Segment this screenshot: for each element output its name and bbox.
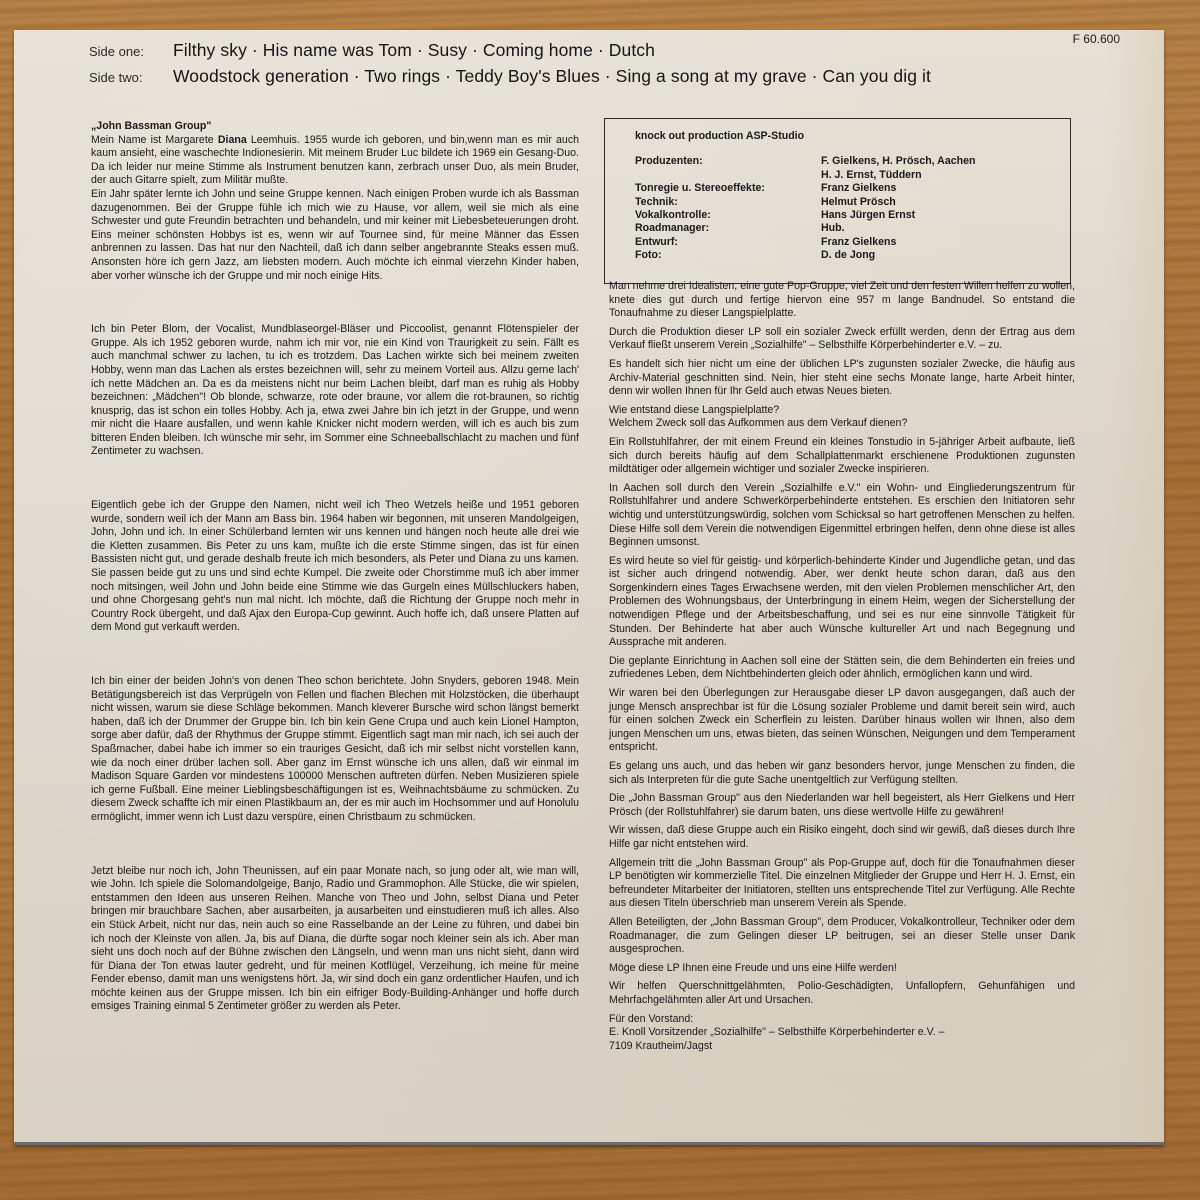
charity-paragraph: In Aachen soll durch den Verein „Sozialh…: [609, 482, 1075, 550]
credit-row: Foto:D. de Jong: [635, 249, 1070, 262]
credit-row: Produzenten:F. Gielkens, H. Prösch, Aach…: [635, 155, 1070, 168]
credits-list: Produzenten:F. Gielkens, H. Prösch, Aach…: [635, 155, 1070, 262]
charity-paragraph: Es handelt sich hier nicht um eine der ü…: [609, 358, 1075, 399]
charity-paragraphs: Man nehme drei Idealisten, eine gute Pop…: [609, 280, 1075, 1008]
charity-paragraph: Man nehme drei Idealisten, eine gute Pop…: [609, 280, 1075, 321]
credit-name: Franz Gielkens: [821, 182, 1070, 195]
tracklist-side-one: Side one: Filthy sky · His name was Tom …: [89, 40, 1144, 66]
charity-paragraph: Wie entstand diese Langspielplatte?: [609, 404, 1075, 418]
credit-role: [635, 169, 821, 182]
credit-row: Vokalkontrolle:Hans Jürgen Ernst: [635, 209, 1070, 222]
charity-paragraph: Durch die Produktion dieser LP soll ein …: [609, 326, 1075, 353]
charity-paragraph: Welchem Zweck soll das Aufkommen aus dem…: [609, 417, 1075, 431]
bio-bold-name: Diana: [218, 134, 247, 146]
band-title: „John Bassman Group": [91, 120, 579, 134]
spacer: [91, 635, 579, 675]
credit-role: Vokalkontrolle:: [635, 209, 821, 222]
credit-role: Technik:: [635, 196, 821, 209]
charity-paragraph: Die geplante Einrichtung in Aachen soll …: [609, 655, 1075, 682]
charity-paragraph: Es wird heute so viel für geistig- und k…: [609, 555, 1075, 650]
credit-role: Produzenten:: [635, 155, 821, 168]
charity-paragraph: Allen Beteiligten, der „John Bassman Gro…: [609, 916, 1075, 957]
bio-diana-continued: Ein Jahr später lernte ich John und sein…: [91, 188, 579, 283]
signature-line-1: Für den Vorstand:: [609, 1013, 1075, 1027]
credit-name: D. de Jong: [821, 249, 1070, 262]
bio-john-snyders: Ich bin einer der beiden John's von dene…: [91, 675, 579, 825]
charity-text-column: Man nehme drei Idealisten, eine gute Pop…: [609, 280, 1075, 1053]
track-list: Filthy sky · His name was Tom · Susy · C…: [173, 40, 655, 61]
spacer: [91, 825, 579, 865]
credit-role: Tonregie u. Stereoeffekte:: [635, 182, 821, 195]
record-sleeve-back: F 60.600 Side one: Filthy sky · His name…: [14, 30, 1164, 1145]
bio-john-theunissen: Jetzt bleibe nur noch ich, John Theuniss…: [91, 865, 579, 1015]
charity-paragraph: Wir helfen Querschnittgelähmten, Polio-G…: [609, 980, 1075, 1007]
credit-row: Technik:Helmut Prösch: [635, 196, 1070, 209]
bio-peter: Ich bin Peter Blom, der Vocalist, Mundbl…: [91, 323, 579, 459]
credit-role: Entwurf:: [635, 236, 821, 249]
credit-name: Hub.: [821, 222, 1070, 235]
charity-paragraph: Wir waren bei den Überlegungen zur Herau…: [609, 687, 1075, 755]
bio-text: Mein Name ist Margarete: [91, 134, 218, 146]
track-list: Woodstock generation · Two rings · Teddy…: [173, 66, 931, 87]
side-label: Side one:: [89, 44, 173, 59]
production-credits-box: knock out production ASP-Studio Produzen…: [604, 118, 1071, 284]
charity-paragraph: Es gelang uns auch, und das heben wir ga…: [609, 760, 1075, 787]
spacer: [91, 283, 579, 323]
side-label: Side two:: [89, 70, 173, 85]
charity-paragraph: Ein Rollstuhlfahrer, der mit einem Freun…: [609, 436, 1075, 477]
credit-name: H. J. Ernst, Tüddern: [821, 169, 1070, 182]
charity-paragraph: Möge diese LP Ihnen eine Freude und uns …: [609, 962, 1075, 976]
tracklist-side-two: Side two: Woodstock generation · Two rin…: [89, 66, 1144, 92]
signature-line-2: E. Knoll Vorsitzender „Sozialhilfe" – Se…: [609, 1026, 1075, 1040]
charity-paragraph: Allgemein tritt die „John Bassman Group"…: [609, 857, 1075, 911]
credit-role: Roadmanager:: [635, 222, 821, 235]
credit-row: Roadmanager:Hub.: [635, 222, 1070, 235]
credits-title: knock out production ASP-Studio: [635, 130, 1070, 143]
credit-name: Hans Jürgen Ernst: [821, 209, 1070, 222]
credit-name: F. Gielkens, H. Prösch, Aachen: [821, 155, 1070, 168]
signature-line-3: 7109 Krautheim/Jagst: [609, 1040, 1075, 1054]
credit-name: Helmut Prösch: [821, 196, 1070, 209]
tracklist: Side one: Filthy sky · His name was Tom …: [89, 40, 1144, 92]
bio-theo: Eigentlich gebe ich der Gruppe den Namen…: [91, 499, 579, 635]
credit-row: Tonregie u. Stereoeffekte:Franz Gielkens: [635, 182, 1070, 195]
charity-paragraph: Wir wissen, daß diese Gruppe auch ein Ri…: [609, 824, 1075, 851]
credit-role: Foto:: [635, 249, 821, 262]
spacer: [91, 459, 579, 499]
credit-row: H. J. Ernst, Tüddern: [635, 169, 1070, 182]
credit-name: Franz Gielkens: [821, 236, 1070, 249]
credit-row: Entwurf:Franz Gielkens: [635, 236, 1070, 249]
charity-paragraph: Die „John Bassman Group" aus den Niederl…: [609, 792, 1075, 819]
band-bios-column: „John Bassman Group" Mein Name ist Marga…: [91, 120, 579, 1014]
bio-diana: Mein Name ist Margarete Diana Leemhuis. …: [91, 134, 579, 188]
